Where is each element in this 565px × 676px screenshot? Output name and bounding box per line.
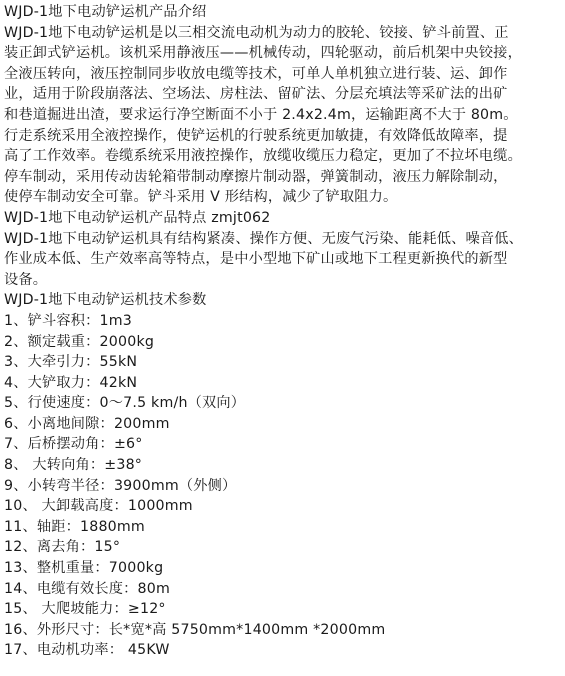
specs-title: WJD-1地下电动铲运机技术参数: [4, 290, 565, 311]
spec-item: 6、小离地间隙：200mm: [4, 414, 565, 435]
spec-item: 8、 大转向角：±38°: [4, 455, 565, 476]
intro-paragraph: WJD-1地下电动铲运机是以三相交流电动机为动力的胶轮、铰接、铲斗前置、正 装正…: [4, 23, 565, 208]
spec-item: 12、离去角：15°: [4, 537, 565, 558]
spec-item: 7、后桥摆动角：±6°: [4, 434, 565, 455]
document-body: WJD-1地下电动铲运机产品介绍 WJD-1地下电动铲运机是以三相交流电动机为动…: [0, 0, 565, 661]
spec-item: 17、电动机功率： 45KW: [4, 640, 565, 661]
specs-list: 1、铲斗容积：1m3 2、额定载重：2000kg 3、大牵引力：55kN 4、大…: [4, 311, 565, 661]
spec-item: 15、 大爬坡能力：≥12°: [4, 599, 565, 620]
spec-item: 10、 大卸载高度：1000mm: [4, 496, 565, 517]
spec-item: 13、整机重量：7000kg: [4, 558, 565, 579]
spec-item: 9、小转弯半径：3900mm（外侧）: [4, 476, 565, 497]
intro-line: 装正卸式铲运机。该机采用静液压——机械传动，四轮驱动，前后机架中央铰接，: [4, 43, 565, 64]
features-line: 设备。: [4, 270, 565, 291]
spec-item: 5、行使速度：0～7.5 km/h（双向）: [4, 393, 565, 414]
spec-item: 4、大铲取力：42kN: [4, 373, 565, 394]
intro-line: 和巷道掘进出渣，要求运行净空断面不小于 2.4x2.4m，运输距离不大于 80m…: [4, 105, 565, 126]
intro-line: WJD-1地下电动铲运机是以三相交流电动机为动力的胶轮、铰接、铲斗前置、正: [4, 23, 565, 44]
intro-line: 停车制动，采用传动齿轮箱带制动摩擦片制动器，弹簧制动，液压力解除制动，: [4, 167, 565, 188]
spec-item: 3、大牵引力：55kN: [4, 352, 565, 373]
features-paragraph: WJD-1地下电动铲运机具有结构紧凑、操作方便、无废气污染、能耗低、噪音低、 作…: [4, 229, 565, 291]
intro-line: 行走系统采用全液控操作，使铲运机的行驶系统更加敏捷，有效降低故障率，提: [4, 126, 565, 147]
intro-line: 业，适用于阶段崩落法、空场法、房柱法、留矿法、分层充填法等采矿法的出矿: [4, 84, 565, 105]
features-title: WJD-1地下电动铲运机产品特点 zmjt062: [4, 208, 565, 229]
features-line: WJD-1地下电动铲运机具有结构紧凑、操作方便、无废气污染、能耗低、噪音低、: [4, 229, 565, 250]
intro-line: 全液压转向，液压控制同步收放电缆等技术，可单人单机独立进行装、运、卸作: [4, 64, 565, 85]
intro-line: 使停车制动安全可靠。铲斗采用 V 形结构，减少了铲取阻力。: [4, 187, 565, 208]
spec-item: 11、轴距：1880mm: [4, 517, 565, 538]
features-line: 作业成本低、生产效率高等特点，是中小型地下矿山或地下工程更新换代的新型: [4, 249, 565, 270]
spec-item: 2、额定载重：2000kg: [4, 332, 565, 353]
spec-item: 14、电缆有效长度：80m: [4, 579, 565, 600]
intro-title: WJD-1地下电动铲运机产品介绍: [4, 2, 565, 23]
spec-item: 1、铲斗容积：1m3: [4, 311, 565, 332]
spec-item: 16、外形尺寸：长*宽*高 5750mm*1400mm *2000mm: [4, 620, 565, 641]
intro-line: 高了工作效率。卷缆系统采用液控操作，放缆收缆压力稳定，更加了不拉坏电缆。: [4, 146, 565, 167]
